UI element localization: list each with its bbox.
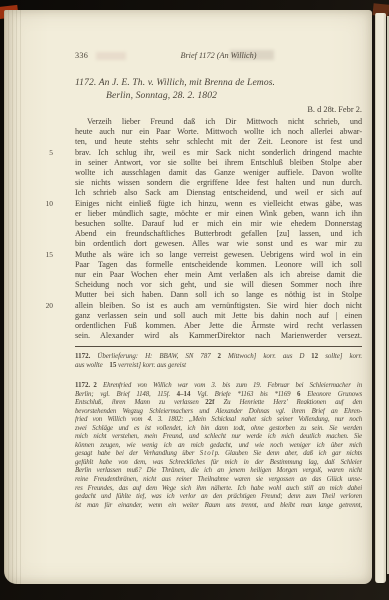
book-page: 336 Brief 1172 (An Willich) 1172. An J. …	[4, 10, 372, 584]
letter-body: Verzeih lieber Freund daß ich Dir Mittwo…	[75, 117, 362, 341]
letter-heading: 1172. An J. E. Th. v. Willich, mit Brenn…	[75, 76, 362, 102]
margin-line-number-15: 15	[38, 250, 53, 259]
critical-apparatus: 1172. Überlieferung: H: BBAW, SN 787 2 M…	[75, 352, 362, 369]
letter-heading-line2: Berlin, Sonntag, 28. 2. 1802	[75, 89, 362, 102]
letter-dateline: B. d 28t. Febr 2.	[75, 105, 362, 114]
book-scan: 336 Brief 1172 (An Willich) 1172. An J. …	[0, 0, 389, 600]
book-fore-edge	[375, 13, 386, 583]
page-header: 336 Brief 1172 (An Willich)	[75, 51, 362, 63]
margin-line-number-20: 20	[38, 301, 53, 310]
editorial-commentary: 1172. 2 Ehrenfried von Willich war vom 3…	[75, 382, 362, 510]
running-header: Brief 1172 (An Willich)	[75, 51, 362, 60]
margin-line-number-10: 10	[38, 199, 53, 208]
margin-line-number-5: 5	[38, 148, 53, 157]
page-number: 336	[75, 51, 88, 60]
letter-heading-line1: 1172. An J. E. Th. v. Willich, mit Brenn…	[75, 76, 362, 89]
page-edge-stack	[4, 10, 22, 584]
apparatus-divider-rule	[75, 346, 362, 347]
